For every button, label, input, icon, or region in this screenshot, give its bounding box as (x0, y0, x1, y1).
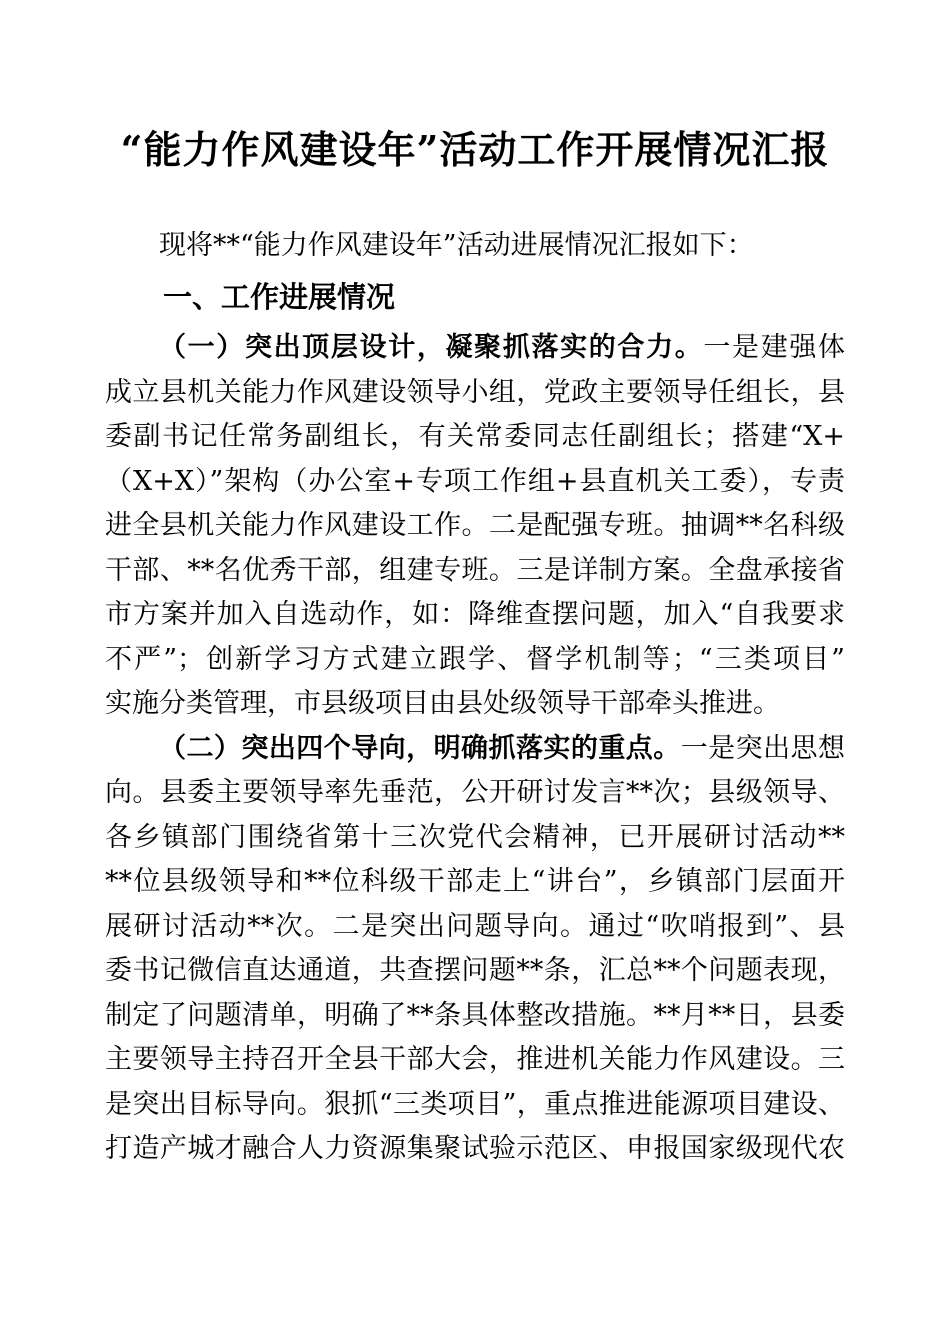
paragraph-text: 主要领导主持召开全县干部大会，推进机关能力作风建设。三 (105, 1044, 845, 1075)
paragraph-text: 进全县机关能力作风建设工作。二是配强专班。抽调**名科级 (105, 510, 845, 541)
paragraph-text: 向。县委主要领导率先垂范，公开研讨发言**次；县级领导、 (105, 777, 845, 808)
paragraph-lead-text: （一）突出顶层设计，凝聚抓落实的合力。 (159, 332, 703, 363)
text-line: （X+X）”架构（办公室+专项工作组+县直机关工委），专责推 (105, 460, 845, 505)
text-line: 实施分类管理，市县级项目由县处级领导干部牵头推进。 (105, 682, 845, 727)
text-line: 各乡镇部门围绕省第十三次党代会精神，已开展研讨活动**期， (105, 816, 845, 861)
text-line: 市方案并加入自选动作，如：降维查摆问题，加入“自我要求 (105, 593, 845, 638)
text-line: 展研讨活动**次。二是突出问题导向。通过“吹哨报到”、县 (105, 905, 845, 950)
text-line: 制定了问题清单，明确了**条具体整改措施。**月**日，县委 (105, 994, 845, 1039)
text-line: **位县级领导和**位科级干部走上“讲台”，乡镇部门层面开 (105, 860, 845, 905)
paragraph-text: 市方案并加入自选动作，如：降维查摆问题，加入“自我要求 (105, 599, 845, 630)
intro-paragraph: 现将**“能力作风建设年”活动进展情况汇报如下： (105, 224, 845, 268)
text-line: （一）突出顶层设计，凝聚抓落实的合力。一是建强体系。 (105, 326, 845, 371)
paragraph-text: 委副书记任常务副组长，有关常委同志任副组长；搭建“X+ (105, 421, 845, 452)
text-line: 干部、**名优秀干部，组建专班。三是详制方案。全盘承接省 (105, 549, 845, 594)
paragraph-text: 干部、**名优秀干部，组建专班。三是详制方案。全盘承接省 (105, 555, 845, 586)
section-heading: 一、工作进展情况 (105, 274, 845, 320)
paragraph-text: （X+X）”架构（办公室+专项工作组+县直机关工委），专责推 (105, 466, 845, 505)
paragraph-text: 实施分类管理，市县级项目由县处级领导干部牵头推进。 (105, 688, 780, 719)
body-paragraphs: （一）突出顶层设计，凝聚抓落实的合力。一是建强体系。成立县机关能力作风建设领导小… (105, 326, 845, 1172)
paragraph-text: 各乡镇部门围绕省第十三次党代会精神，已开展研讨活动**期， (105, 822, 845, 861)
text-line: 委书记微信直达通道，共查摆问题**条，汇总**个问题表现， (105, 949, 845, 994)
document-title: “能力作风建设年”活动工作开展情况汇报 (105, 120, 845, 180)
paragraph-text: 不严”；创新学习方式建立跟学、督学机制等；“三类项目” (105, 644, 845, 675)
paragraph-text: 打造产城才融合人力资源集聚试验示范区、申报国家级现代农 (105, 1133, 845, 1164)
text-line: 是突出目标导向。狠抓“三类项目”，重点推进能源项目建设、 (105, 1083, 845, 1128)
paragraph-text: 成立县机关能力作风建设领导小组，党政主要领导任组长，县 (105, 377, 845, 408)
text-line: 不严”；创新学习方式建立跟学、督学机制等；“三类项目” (105, 638, 845, 683)
paragraph-text: 委书记微信直达通道，共查摆问题**条，汇总**个问题表现， (105, 955, 845, 986)
document-page: “能力作风建设年”活动工作开展情况汇报 现将**“能力作风建设年”活动进展情况汇… (0, 0, 950, 1344)
text-line: 打造产城才融合人力资源集聚试验示范区、申报国家级现代农 (105, 1127, 845, 1172)
text-line: 委副书记任常务副组长，有关常委同志任副组长；搭建“X+ (105, 415, 845, 460)
text-line: 成立县机关能力作风建设领导小组，党政主要领导任组长，县 (105, 371, 845, 416)
paragraph-text: 展研讨活动**次。二是突出问题导向。通过“吹哨报到”、县 (105, 911, 845, 942)
paragraph-text: 是突出目标导向。狠抓“三类项目”，重点推进能源项目建设、 (105, 1089, 845, 1120)
text-line: 向。县委主要领导率先垂范，公开研讨发言**次；县级领导、 (105, 771, 845, 816)
text-line: 主要领导主持召开全县干部大会，推进机关能力作风建设。三 (105, 1038, 845, 1083)
paragraph-text: **位县级领导和**位科级干部走上“讲台”，乡镇部门层面开 (105, 866, 845, 897)
paragraph-lead-text: （二）突出四个导向，明确抓落实的重点。 (159, 733, 681, 764)
text-line: 进全县机关能力作风建设工作。二是配强专班。抽调**名科级 (105, 504, 845, 549)
text-line: （二）突出四个导向，明确抓落实的重点。一是突出思想导 (105, 727, 845, 772)
paragraph-text: 制定了问题清单，明确了**条具体整改措施。**月**日，县委 (105, 1000, 845, 1031)
